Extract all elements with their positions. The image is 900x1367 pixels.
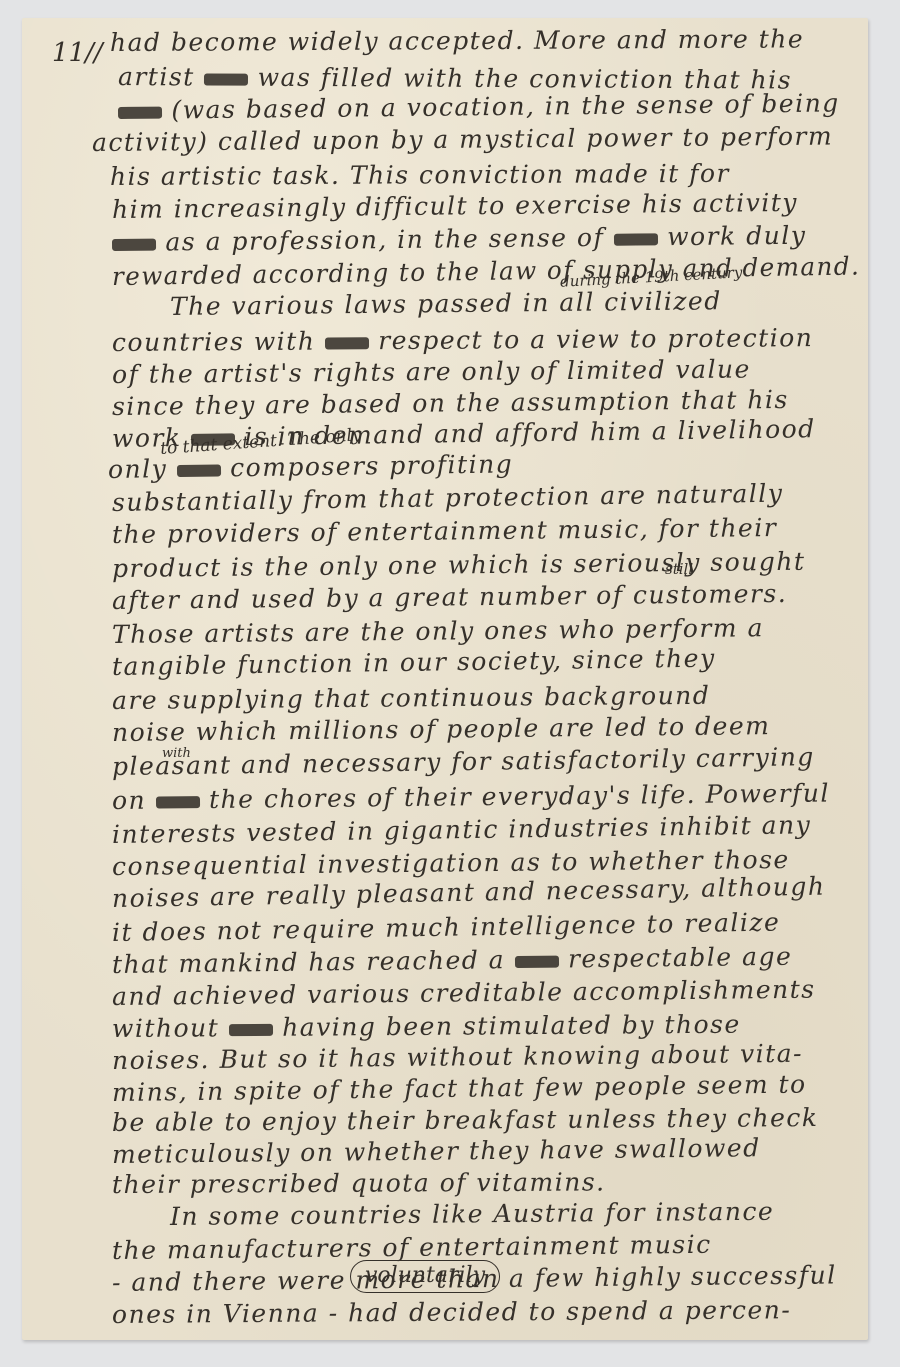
manuscript-line: The various laws passed in all civilized	[170, 286, 722, 321]
insertion-with: with	[162, 746, 191, 761]
circled-note: voluntarily	[350, 1260, 500, 1293]
page-marker: 11//	[52, 38, 103, 68]
strikethrough-scribble	[229, 1023, 273, 1035]
strikethrough-scribble	[204, 73, 248, 85]
manuscript-line: of the artist's rights are only of limit…	[112, 354, 751, 389]
strikethrough-scribble	[156, 796, 200, 808]
manuscript-line: be able to enjoy their breakfast unless …	[112, 1103, 819, 1137]
strikethrough-scribble	[118, 106, 162, 118]
manuscript-line: without having been stimulated by those	[112, 1010, 741, 1043]
manuscript-line: had become widely accepted. More and mor…	[110, 24, 804, 57]
strikethrough-scribble	[515, 955, 559, 968]
manuscript-line: his artistic task. This conviction made …	[110, 159, 730, 191]
manuscript-line: In some countries like Austria for insta…	[170, 1197, 774, 1231]
manuscript-line: their prescribed quota of vitamins.	[112, 1167, 606, 1199]
manuscript-line: countries with respect to a view to prot…	[112, 323, 814, 357]
strikethrough-scribble	[112, 238, 156, 250]
manuscript-line: ones in Vienna - had decided to spend a …	[112, 1295, 791, 1329]
strikethrough-scribble	[177, 464, 221, 477]
strikethrough-scribble	[325, 337, 369, 349]
insertion-still: still	[665, 560, 693, 578]
manuscript-line: are supplying that continuous background	[112, 681, 711, 715]
strikethrough-scribble	[614, 233, 658, 245]
